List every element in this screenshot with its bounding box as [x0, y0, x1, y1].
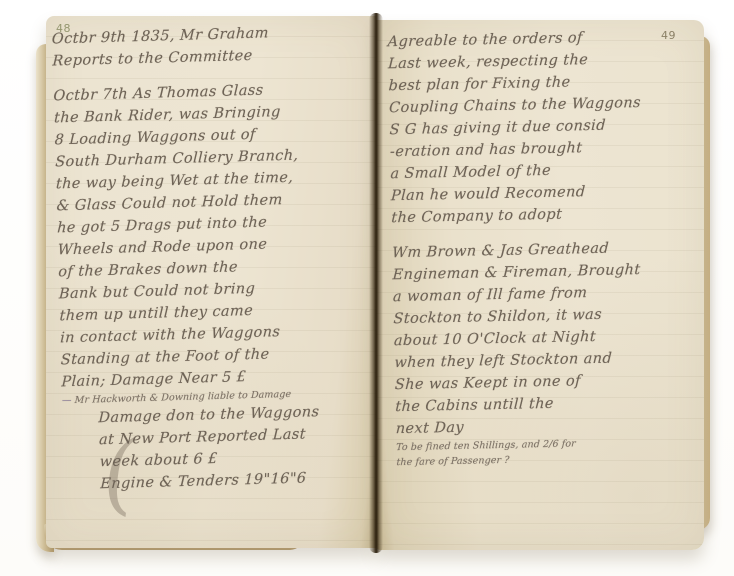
photograph-stage: 48 ( 49 Octbr 9th 1835, Mr GrahamReports… — [0, 0, 734, 576]
right-page-handwriting: Agreable to the orders ofLast week, resp… — [387, 25, 702, 470]
left-page-handwriting: Octbr 9th 1835, Mr GrahamReports to the … — [52, 20, 377, 497]
